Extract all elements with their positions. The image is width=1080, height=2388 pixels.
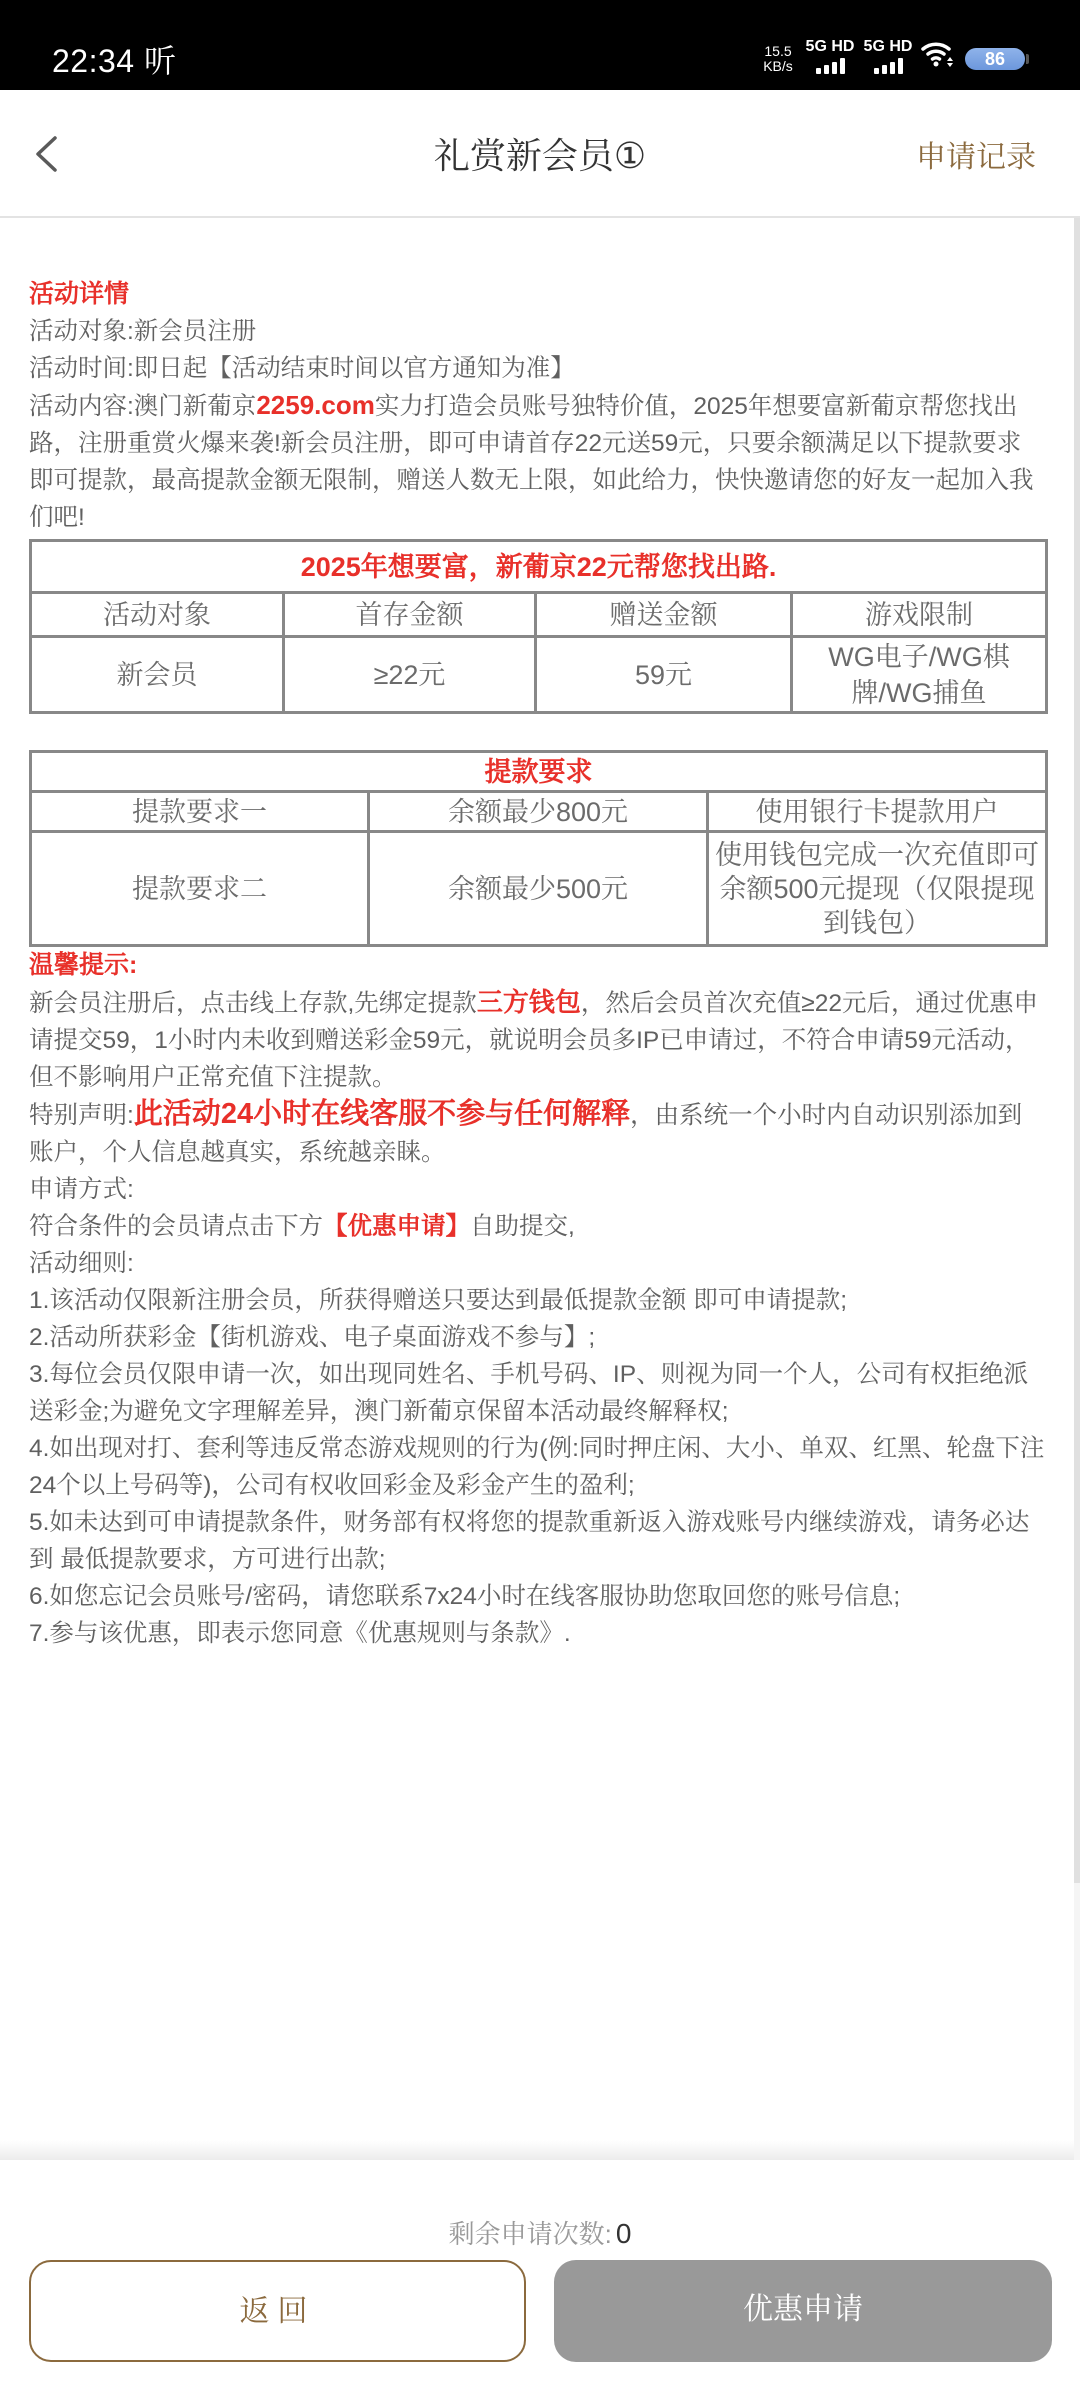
nav-bar: 礼赏新会员① 申请记录 [0, 90, 1080, 218]
network-speed: 15.5 KB/s [758, 44, 798, 74]
details-target: 活动对象:新会员注册 [29, 313, 1045, 350]
table-cell: 提款要求一 [31, 792, 369, 832]
special-statement: 特别声明:此活动24小时在线客服不参与任何解释，由系统一个小时内自动识别添加到账… [29, 1096, 1045, 1171]
status-time: 22:34 听 [52, 36, 176, 82]
table-row: 提款要求二 余额最少500元 使用钱包完成一次充值即可余额500元提现（仅限提现… [31, 832, 1047, 946]
table-cell: 使用银行卡提款用户 [708, 792, 1047, 832]
promo-table-caption: 2025年想要富，新葡京22元帮您找出路. [31, 541, 1047, 593]
tips-text: 新会员注册后，点击线上存款,先绑定提款三方钱包，然后会员首次充值≥22元后，通过… [29, 984, 1045, 1096]
table-header: 首存金额 [284, 593, 536, 637]
site-domain: 2259.com [256, 390, 375, 420]
table-cell: ≥22元 [284, 637, 536, 713]
table-cell: 余额最少800元 [369, 792, 708, 832]
rule-item: 7.参与该优惠，即表示您同意《优惠规则与条款》. [29, 1615, 1045, 1652]
table-row: 新会员 ≥22元 59元 WG电子/WG棋牌/WG捕鱼 [31, 637, 1047, 713]
table-cell: 提款要求二 [31, 832, 369, 946]
rule-item: 4.如出现对打、套利等违反常态游戏规则的行为(例:同时押庄闲、大小、单双、红黑、… [29, 1430, 1045, 1504]
table-cell: 59元 [536, 637, 792, 713]
table-header: 赠送金额 [536, 593, 792, 637]
tips-heading: 温馨提示: [29, 947, 1045, 984]
return-button[interactable]: 返回 [29, 2260, 526, 2362]
remaining-count: 剩余申请次数:0 [0, 2214, 1080, 2251]
battery-icon: 86 [965, 48, 1025, 70]
table-cell: 使用钱包完成一次充值即可余额500元提现（仅限提现到钱包） [708, 832, 1047, 946]
rule-item: 3.每位会员仅限申请一次，如出现同姓名、手机号码、IP、则视为同一个人，公司有权… [29, 1356, 1045, 1430]
rule-item: 6.如您忘记会员账号/密码，请您联系7x24小时在线客服协助您取回您的账号信息; [29, 1578, 1045, 1615]
promo-content: 活动详情 活动对象:新会员注册 活动时间:即日起【活动结束时间以官方通知为准】 … [29, 276, 1045, 1652]
rule-item: 5.如未达到可申请提款条件，财务部有权将您的提款重新返入游戏账号内继续游戏，请务… [29, 1504, 1045, 1578]
apply-method-text: 符合条件的会员请点击下方【优惠申请】自助提交, [29, 1208, 1045, 1245]
apply-promo-button[interactable]: 优惠申请 [554, 2260, 1052, 2362]
details-heading: 活动详情 [29, 276, 1045, 313]
table-cell: WG电子/WG棋牌/WG捕鱼 [792, 637, 1047, 713]
sim2-signal-icon: 5G HD [858, 38, 918, 74]
sim1-signal-icon: 5G HD [800, 38, 860, 74]
table-header: 游戏限制 [792, 593, 1047, 637]
footer-shadow [0, 2140, 1074, 2160]
table-row: 提款要求一 余额最少800元 使用银行卡提款用户 [31, 792, 1047, 832]
details-content: 活动内容:澳门新葡京2259.com实力打造会员账号独特价值，2025年想要富新… [29, 387, 1045, 536]
apply-method-heading: 申请方式: [29, 1171, 1045, 1208]
table-header: 活动对象 [31, 593, 284, 637]
scrollbar-thumb[interactable] [1074, 218, 1080, 1883]
footer-bar: 剩余申请次数:0 返回 优惠申请 [0, 2160, 1080, 2388]
application-records-link[interactable]: 申请记录 [916, 132, 1036, 176]
withdraw-table-caption: 提款要求 [31, 752, 1047, 792]
details-time: 活动时间:即日起【活动结束时间以官方通知为准】 [29, 350, 1045, 387]
status-bar: 22:34 听 15.5 KB/s 5G HD 5G HD 86 [0, 0, 1080, 90]
withdraw-table: 提款要求 提款要求一 余额最少800元 使用银行卡提款用户 提款要求二 余额最少… [29, 750, 1048, 947]
table-cell: 新会员 [31, 637, 284, 713]
rules-heading: 活动细则: [29, 1245, 1045, 1282]
rule-item: 1.该活动仅限新注册会员，所获得赠送只要达到最低提款金额 即可申请提款; [29, 1282, 1045, 1319]
wifi-icon [921, 40, 955, 68]
rule-item: 2.活动所获彩金【街机游戏、电子桌面游戏不参与】; [29, 1319, 1045, 1356]
table-cell: 余额最少500元 [369, 832, 708, 946]
promo-table: 2025年想要富，新葡京22元帮您找出路. 活动对象 首存金额 赠送金额 游戏限… [29, 539, 1048, 714]
